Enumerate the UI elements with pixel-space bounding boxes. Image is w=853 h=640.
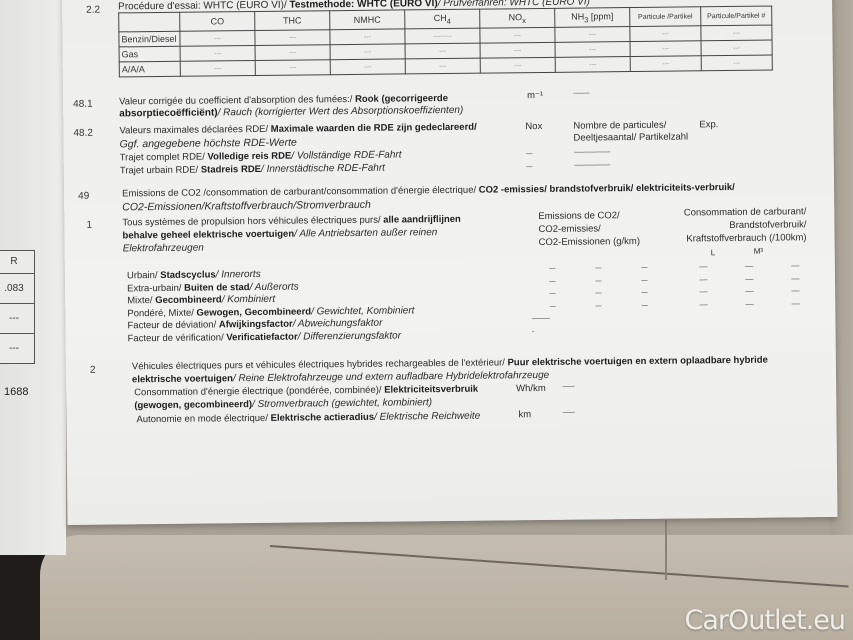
consumption-value: ---- [791,285,799,295]
rde-nox-value: --- [526,161,532,171]
table-cell: --- [405,43,480,59]
left-table-cell: --- [0,304,34,334]
rde-nox-value: --- [526,148,532,158]
row-label: Benzin/Diesel [119,31,180,47]
table-cell: --- [480,57,555,73]
section-1-text-3: Elektrofahrzeugen [123,243,204,256]
consumption-value: ---- [699,274,707,284]
consumption-value: --- [641,262,647,272]
table-header-cell: CH4 [405,9,480,29]
table-cell: --- [180,60,255,76]
section-48-1-text-2: absorptiecoëfficiënt)/ Rauch (korrigiert… [119,105,463,121]
consumption-value: --------- [531,313,549,323]
table-cell: --- [555,27,630,43]
table-cell: --- [630,56,701,72]
left-page: R .083 --- --- 1688 [0,0,66,555]
unit-label: m⁻¹ [527,90,543,102]
section-49-text-2: CO2-Emissionen/Kraftstoffverbrauch/Strom… [122,199,371,214]
table-cell: --- [480,42,555,58]
rde-particles-value: ------------------ [574,146,610,156]
table-cell: --- [255,45,330,61]
row-label: A/A/A [119,61,180,77]
consumption-value: ---- [745,261,753,271]
table-cell: --- [630,41,701,57]
column-label-exp: Exp. [699,119,718,131]
consumption-value: --- [549,300,555,310]
table-cell: -------- [405,28,480,44]
table-header-cell [119,12,180,32]
table-cell: --- [330,59,405,75]
section-1-text-2: behalve geheel elektrische voertuigen/ A… [122,227,437,242]
rde-particles-value: ------------------ [574,159,610,169]
column-label-nox: Nox [525,121,542,133]
consumption-value: --- [595,287,601,297]
consumption-row-label: Urbain/ Stadscyclus/ Innerorts [127,269,261,282]
table-header-cell: NH3 [ppm] [555,8,630,28]
table-cell: --- [330,44,405,60]
table-header-cell: NMHC [330,10,405,30]
table-cell: --- [180,45,255,61]
seat-seam-vertical [665,520,667,580]
section-number: 49 [78,191,89,202]
section-49-text: Emissions de CO2 /consommation de carbur… [122,182,735,200]
section-number: 48.1 [73,99,93,110]
consumption-value: --- [641,287,647,297]
table-cell: --- [555,57,630,73]
rde-row-label: Trajet urbain RDE/ Stadreis RDE/ Innerst… [120,163,385,178]
coc-document-page: 2.2 Procédure d'essai: WHTC (EURO VI)/ T… [62,0,838,525]
table-cell: --- [180,30,255,46]
consumption-value: ---- [791,260,799,270]
left-page-table: R .083 --- --- [0,250,35,364]
co2-column-label: CO2-emissies/ [538,223,600,236]
consumption-value: --- [595,275,601,285]
table-cell: --- [255,30,330,46]
co2-column-label: Emissions de CO2/ [538,210,619,223]
consumption-value: --- [595,300,601,310]
consumption-value: --- [595,262,601,272]
range-unit: km [518,409,531,421]
left-page-number: 1688 [4,386,28,398]
table-header-cell: NOx [480,8,555,28]
fuel-column-label: Kraftstoffverbrauch (/100km) [677,232,807,245]
consumption-value: ---- [745,286,753,296]
consumption-value: ---- [699,286,707,296]
energy-unit: Wh/km [516,383,546,395]
consumption-value: ---- [745,298,753,308]
consumption-row-label: Mixte/ Gecombineerd/ Kombiniert [127,294,275,308]
row-label: Gas [119,46,180,62]
table-cell: --- [701,25,772,41]
column-label-particles: Nombre de particules/ [573,120,666,133]
consumption-value: ---- [745,273,753,283]
consumption-row-label: Facteur de vérification/ Verificatiefact… [128,330,402,345]
section-number: 48.2 [73,128,93,139]
table-header-cell: Particule/Partikel # [701,6,772,26]
consumption-value: - [531,326,533,336]
unit-label-m3: M³ [754,246,763,258]
table-header-cell: Particule /Partikel [630,7,701,27]
consumption-value: ---- [699,261,707,271]
consumption-value: ---- [791,298,799,308]
co2-column-label: CO2-Emissionen (g/km) [539,236,640,249]
table-header-cell: CO [180,11,255,31]
fuel-column-label: Consommation de carburant/ [676,206,806,219]
electric-range-label: Autonomie en mode électrique/ Elektrisch… [136,411,480,427]
left-table-cell: --- [0,334,34,363]
section-number: 2 [90,365,96,376]
column-label-particles-2: Deeltjesaantal/ Partikelzahl [573,131,688,144]
left-table-header: R [0,251,34,274]
section-48-2-text: Valeurs maximales déclarées RDE/ Maximal… [119,122,476,138]
table-cell: --- [480,27,555,43]
consumption-value: --- [549,263,555,273]
energy-value: ------ [562,381,574,391]
table-header-cell: THC [255,11,330,31]
section-number: 1 [86,220,92,231]
consumption-value: --- [641,299,647,309]
carooutlet-watermark-logo: CarOutlet.eu [685,605,845,636]
unit-label-l: L [711,247,716,259]
energy-consumption-label-2: (gewogen, gecombineerd)/ Stromverbrauch … [134,397,432,412]
table-cell: --- [555,42,630,58]
section-48-2-text-2: Ggf. angegebene höchste RDE-Werte [120,137,297,151]
table-cell: --- [701,40,772,56]
consumption-row-label: Extra-urbain/ Buiten de stad/ Außerorts [127,281,299,295]
consumption-value: ---- [791,273,799,283]
table-cell: --- [330,29,405,45]
table-cell: --- [630,26,701,42]
consumption-value: --- [549,275,555,285]
emissions-table: CO THC NMHC CH4 NOx NH3 [ppm] Particule … [118,6,773,78]
left-table-cell: .083 [0,274,34,304]
value-field: -------- [573,87,589,97]
fuel-column-label: Brandstofverbruik/ [676,219,806,232]
table-cell: --- [405,58,480,74]
consumption-value: --- [641,274,647,284]
consumption-value: --- [549,288,555,298]
section-number: 2.2 [86,5,100,16]
table-cell: --- [701,55,772,71]
consumption-value: ---- [699,299,707,309]
table-cell: --- [255,60,330,76]
range-value: ------ [562,407,574,417]
